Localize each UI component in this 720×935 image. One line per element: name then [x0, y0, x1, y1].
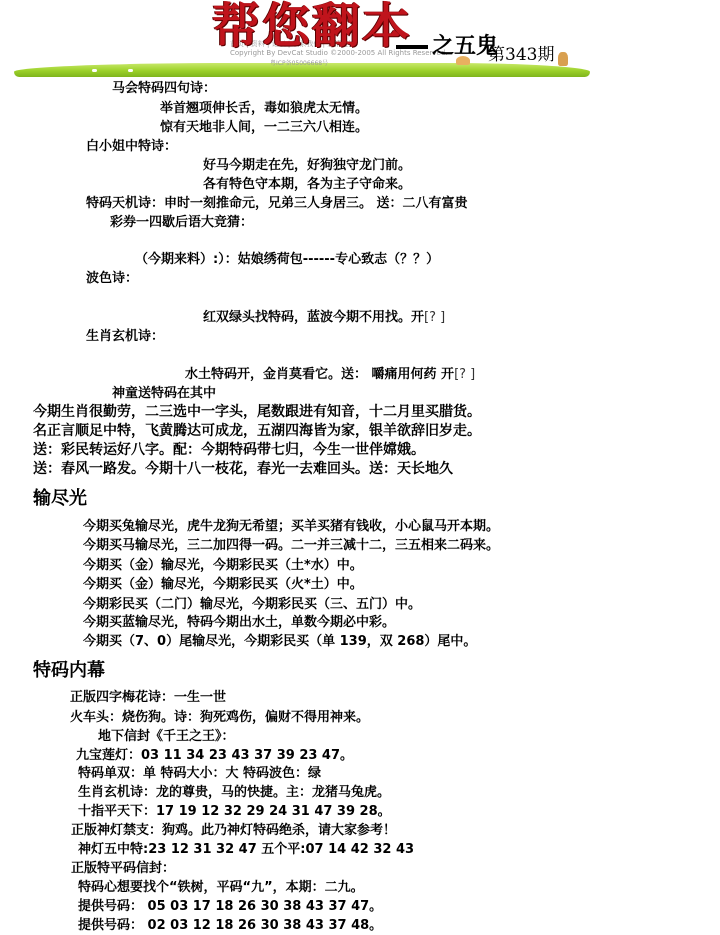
section2-line: 特码单双：单 特码大小：大 特码波色：绿 — [78, 766, 321, 782]
text-line: 送：彩民转运好八字。配：今期特码带七归，今生一世伴嫦娥。 — [33, 442, 425, 458]
section2-line: 十指平天下：17 19 12 32 29 24 31 47 39 28。 — [78, 804, 391, 820]
dash-divider — [396, 45, 428, 49]
section1-line: 今期买蓝输尽光，特码今期出水土，单数今期必中彩。 — [83, 615, 395, 631]
text-line: 好马今期走在先，好狗独守龙门前。 — [203, 158, 411, 174]
section2-line: 提供号码： 05 03 17 18 26 30 38 43 37 47。 — [78, 899, 382, 915]
text-line: 神童送特码在其中 — [112, 386, 216, 402]
text-line: 红双绿头找特码，蓝波今期不用找。开[? ] — [203, 310, 445, 326]
banner-subtitle: 之五鬼 — [396, 34, 498, 60]
section2-line: 九宝莲灯：03 11 34 23 43 37 39 23 47。 — [76, 748, 353, 764]
chick-icon — [456, 56, 470, 65]
text-line: 名正言顺足中特，飞黄腾达可成龙，五湖四海皆为家，银羊欲辞旧岁走。 — [33, 423, 481, 439]
section2-line: 地下信封《千王之王》： — [98, 729, 235, 745]
text-line: （今期来料）:）：姑娘绣荷包------专心致志（？？） — [135, 252, 439, 268]
text-line: 生肖玄机诗： — [86, 329, 164, 345]
section1-line: 今期买（7、0）尾输尽光，今期彩民买（单 139，双 268）尾中。 — [83, 634, 476, 650]
section2-line: 正版神灯禁支：狗鸡。此乃神灯特码绝杀，请大家参考！ — [71, 823, 396, 839]
issue-number: 第343期 — [488, 44, 554, 66]
section2-line: 正版四字梅花诗：一生一世 — [70, 690, 226, 706]
decor-dot — [92, 69, 97, 72]
section-heading-lose-all: 输尽光 — [33, 488, 87, 510]
section2-line: 火车头：烧伤狗。诗：狗死鸡伤，偏财不得用神来。 — [70, 710, 369, 726]
section2-line: 神灯五中特:23 12 31 32 47 五个平:07 14 42 32 43 — [78, 842, 414, 858]
rabbit-icon — [558, 52, 568, 66]
text-line: 送：春风一路发。今期十八一枝花，春光一去难回头。送：天长地久 — [33, 461, 453, 477]
section1-line: 今期买（金）输尽光，今期彩民买（火*土）中。 — [83, 577, 363, 593]
section2-line: 生肖玄机诗：龙的尊贵，马的快捷。主：龙猪马兔虎。 — [78, 785, 390, 801]
text-line: 各有特色守本期，各为主子守命来。 — [203, 177, 411, 193]
text-line: 举首翘项伸长舌，毒如狼虎太无情。 — [160, 101, 368, 117]
decor-dot — [128, 69, 133, 72]
answer-placeholder: [? ] — [454, 367, 475, 382]
section2-line: 提供号码： 02 03 12 18 26 30 38 43 37 48。 — [78, 918, 382, 934]
section2-line: 特码心想要找个“铁树，平码“九”，本期：二九。 — [78, 880, 364, 896]
answer-placeholder: [? ] — [424, 310, 445, 325]
section1-line: 今期买（金）输尽光，今期彩民买（土*水）中。 — [83, 558, 363, 574]
text-line: 白小姐中特诗： — [86, 139, 177, 155]
text-line: 彩券一四歇后语大竞猜： — [110, 215, 253, 231]
text-line: 水土特码开，金肖莫看它。送： 嚼痛用何药 开[? ] — [185, 367, 475, 383]
banner-title: 帮您翻本 — [212, 0, 412, 56]
text-line: 波色诗： — [86, 271, 138, 287]
copyright-line-3: 粤ICP备05006668号 — [270, 58, 328, 67]
section1-line: 今期买马输尽光，三二加四得一码。二一并三减十二，三五相来二码来。 — [83, 538, 499, 554]
text-line: 今期生肖很勤劳，二三选中一字头，尾数跟进有知音，十二月里买腊货。 — [33, 404, 481, 420]
section1-line: 今期买兔输尽光，虎牛龙狗无希望；买羊买猪有钱收，小心鼠马开本期。 — [83, 519, 499, 535]
header-banner: 首页 | 资料 | 论坛 | 联系我们 | 友情链接 Copyright By … — [0, 0, 720, 82]
text-line: 马会特码四句诗： — [112, 81, 216, 97]
section-heading-inside-info: 特码内幕 — [33, 660, 105, 682]
text-line: 特码天机诗：申时一刻推命元，兄弟三人身居三。 送：二八有富贵 — [86, 196, 468, 212]
text-line: 惊有天地非人间，一二三六八相连。 — [160, 120, 368, 136]
section1-line: 今期彩民买（二门）输尽光，今期彩民买（三、五门）中。 — [83, 597, 421, 613]
section2-line: 正版特平码信封： — [71, 861, 175, 877]
